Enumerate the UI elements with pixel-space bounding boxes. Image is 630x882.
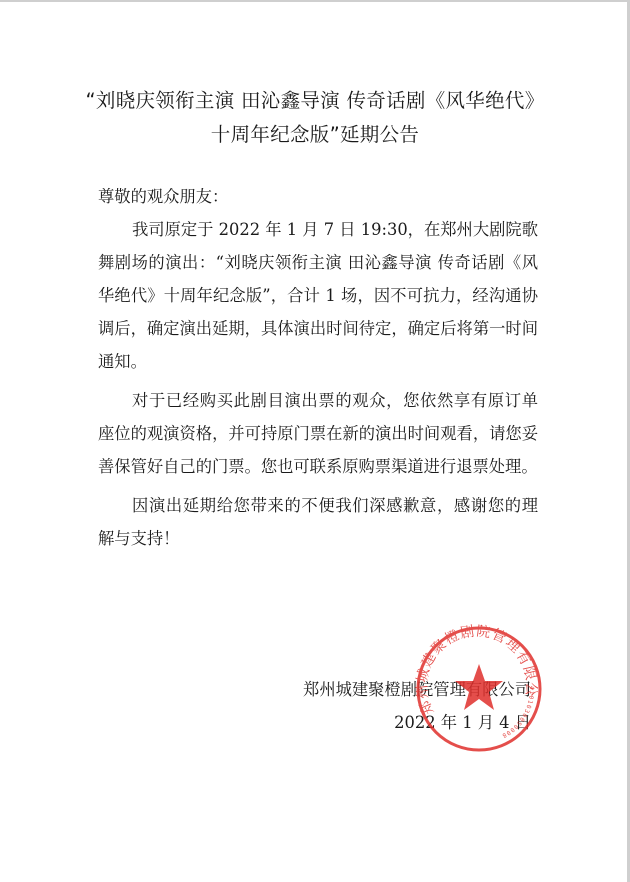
signature-block: 郑州城建聚橙剧院管理有限公司 2022 年 1 月 4 日 xyxy=(303,673,531,739)
announcement-body: 尊敬的观众朋友： 我司原定于 2022 年 1 月 7 日 19:30，在郑州大… xyxy=(98,180,538,555)
paragraph-ticket-holders: 对于已经购买此剧目演出票的观众，您依然享有原订单座位的观演资格，并可持原门票在新… xyxy=(98,384,538,483)
signature-company: 郑州城建聚橙剧院管理有限公司 xyxy=(303,673,531,706)
paragraph-postponement: 我司原定于 2022 年 1 月 7 日 19:30，在郑州大剧院歌舞剧场的演出… xyxy=(98,213,538,378)
title-line-2: 十周年纪念版”延期公告 xyxy=(60,118,570,152)
announcement-title: “刘晓庆领衔主演 田沁鑫导演 传奇话剧《风华绝代》 十周年纪念版”延期公告 xyxy=(60,84,570,152)
paragraph-apology: 因演出延期给您带来的不便我们深感歉意，感谢您的理解与支持！ xyxy=(98,489,538,555)
signature-date: 2022 年 1 月 4 日 xyxy=(303,706,531,739)
announcement-page: “刘晓庆领衔主演 田沁鑫导演 传奇话剧《风华绝代》 十周年纪念版”延期公告 尊敬… xyxy=(0,0,627,882)
salutation: 尊敬的观众朋友： xyxy=(98,180,538,213)
title-line-1: “刘晓庆领衔主演 田沁鑫导演 传奇话剧《风华绝代》 xyxy=(60,84,570,118)
